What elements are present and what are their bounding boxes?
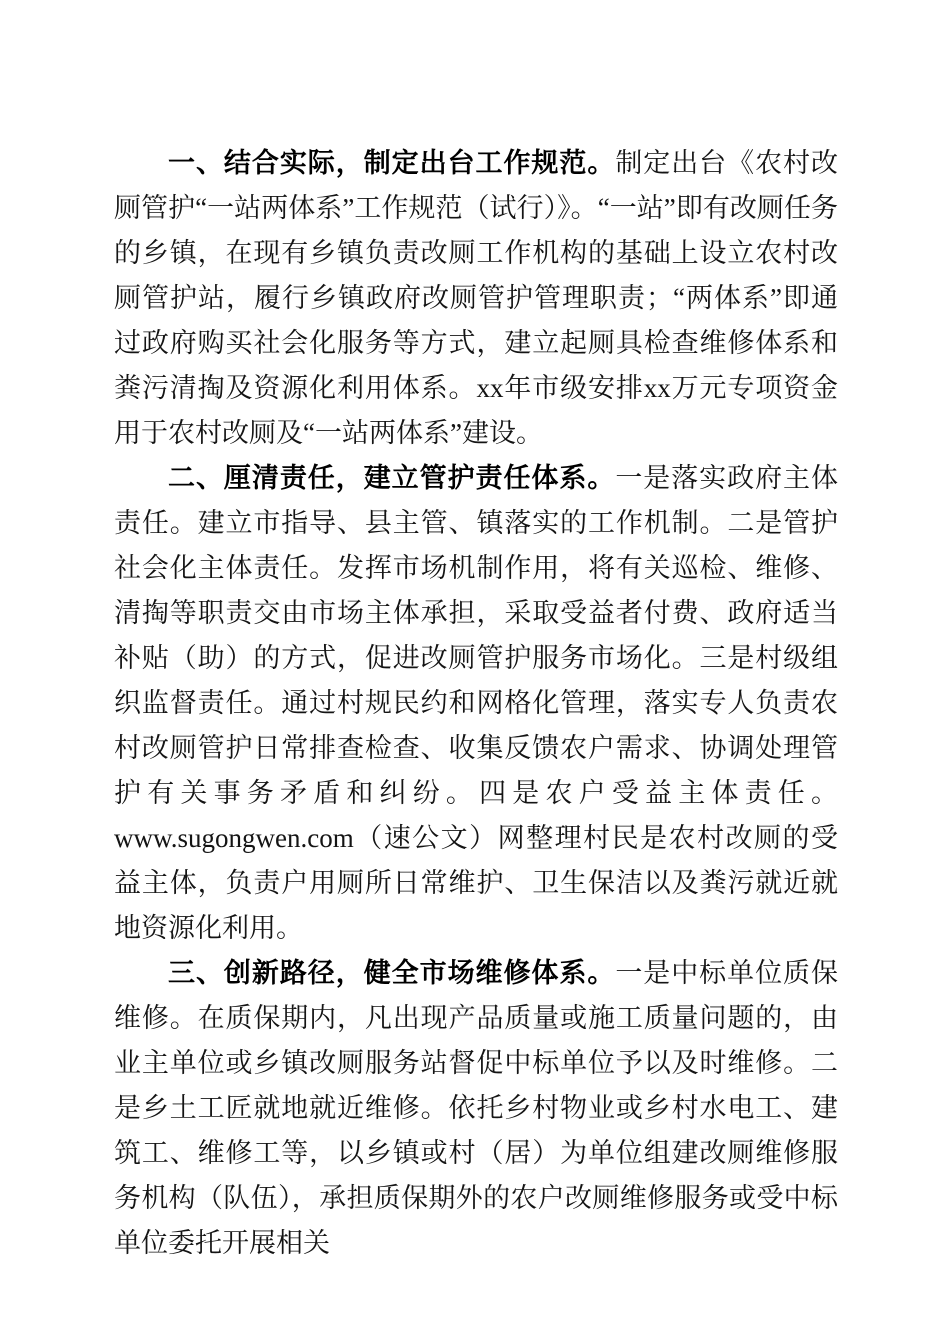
paragraph-1-body: 制定出台《农村改厕管护“一站两体系”工作规范（试行）》。“一站”即有改厕任务的乡… (114, 148, 838, 448)
paragraph-2-body: 一是落实政府主体责任。建立市指导、县主管、镇落实的工作机制。二是管护社会化主体责… (114, 463, 838, 943)
paragraph-responsibility-system: 二、厘清责任，建立管护责任体系。一是落实政府主体责任。建立市指导、县主管、镇落实… (114, 456, 838, 951)
paragraph-3-heading: 三、创新路径，健全市场维修体系。 (168, 958, 615, 988)
paragraph-work-standards: 一、结合实际，制定出台工作规范。制定出台《农村改厕管护“一站两体系”工作规范（试… (114, 141, 838, 456)
document-page: 一、结合实际，制定出台工作规范。制定出台《农村改厕管护“一站两体系”工作规范（试… (0, 0, 950, 1344)
paragraph-2-heading: 二、厘清责任，建立管护责任体系。 (168, 463, 615, 493)
paragraph-3-body: 一是中标单位质保维修。在质保期内，凡出现产品质量或施工质量问题的，由业主单位或乡… (114, 958, 838, 1258)
paragraph-1-heading: 一、结合实际，制定出台工作规范。 (168, 148, 615, 178)
paragraph-market-repair-system: 三、创新路径，健全市场维修体系。一是中标单位质保维修。在质保期内，凡出现产品质量… (114, 951, 838, 1266)
